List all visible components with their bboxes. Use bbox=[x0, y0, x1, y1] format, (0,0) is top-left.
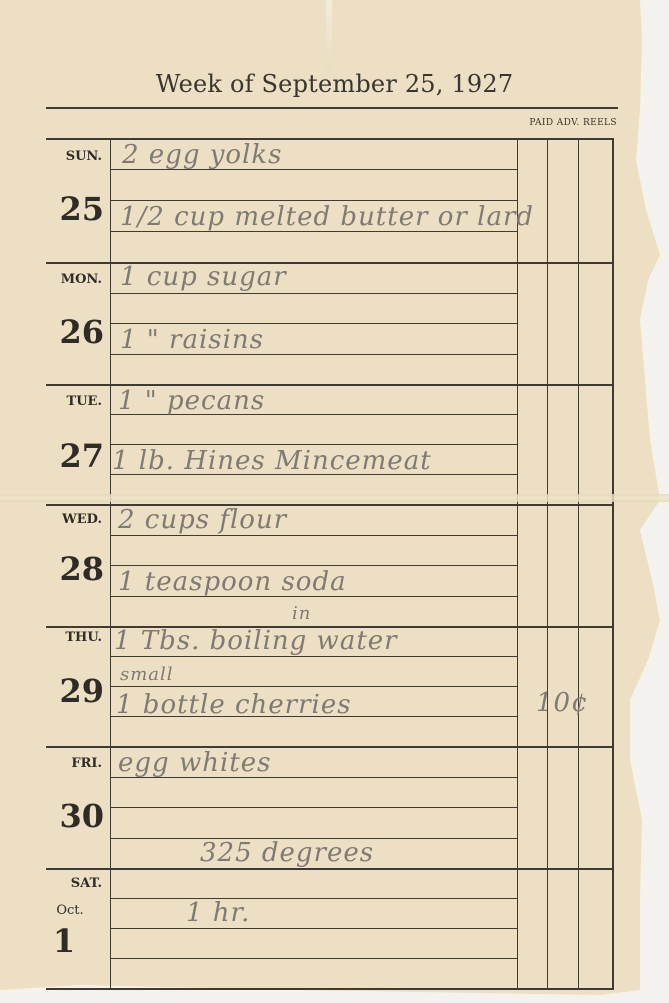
day-number-sun: 25 bbox=[40, 190, 104, 228]
writing-line bbox=[110, 535, 517, 536]
writing-line bbox=[110, 958, 517, 959]
entry-text: egg whites bbox=[118, 748, 271, 778]
day-name-fri: FRI. bbox=[48, 756, 102, 771]
entry-text: small bbox=[120, 664, 174, 685]
entry-text: 2 egg yolks bbox=[122, 140, 283, 170]
entry-text: 1 " raisins bbox=[120, 325, 264, 355]
writing-line bbox=[110, 565, 517, 566]
day-number-thu: 29 bbox=[40, 672, 104, 710]
paid-column-line bbox=[517, 138, 518, 988]
writing-line bbox=[110, 293, 517, 294]
writing-line bbox=[110, 686, 517, 687]
entry-text: 1 lb. Hines Mincemeat bbox=[112, 446, 432, 476]
torn-edge bbox=[326, 0, 332, 70]
entry-text: 325 degrees bbox=[200, 838, 374, 868]
writing-line bbox=[110, 898, 517, 899]
day-number-wed: 28 bbox=[40, 550, 104, 588]
entry-text: 1 cup sugar bbox=[120, 262, 287, 292]
day-name-sat: SAT. bbox=[48, 876, 102, 891]
entry-price: 10¢ bbox=[536, 688, 589, 718]
day-month-sat: Oct. bbox=[48, 903, 92, 918]
writing-line bbox=[110, 928, 517, 929]
day-number-tue: 27 bbox=[40, 437, 104, 475]
day-name-thu: THU. bbox=[48, 630, 102, 645]
label-column-line bbox=[110, 138, 111, 988]
day-name-tue: TUE. bbox=[48, 394, 102, 409]
writing-line bbox=[110, 807, 517, 808]
table-right-border bbox=[612, 138, 614, 990]
entry-text: 2 cups flour bbox=[118, 505, 287, 535]
reels-column-line bbox=[578, 138, 579, 988]
title-rule bbox=[46, 107, 618, 109]
day-name-sun: SUN. bbox=[48, 149, 102, 164]
entry-text: 1 bottle cherries bbox=[116, 690, 352, 720]
fold-crease bbox=[0, 494, 669, 502]
page-title: Week of September 25, 1927 bbox=[0, 70, 669, 98]
writing-line bbox=[110, 656, 517, 657]
day-name-mon: MON. bbox=[48, 272, 102, 287]
writing-line bbox=[110, 444, 517, 445]
entry-text: in bbox=[292, 603, 311, 624]
writing-line bbox=[110, 323, 517, 324]
entry-text: 1 hr. bbox=[186, 898, 250, 928]
entry-text: 1/2 cup melted butter or lard bbox=[120, 202, 534, 232]
day-number-sat: 1 bbox=[36, 922, 92, 960]
day-name-wed: WED. bbox=[48, 512, 102, 527]
day-number-fri: 30 bbox=[40, 797, 104, 835]
column-header: PAID ADV. REELS bbox=[529, 118, 617, 128]
day-divider bbox=[46, 868, 612, 870]
entry-text: 1 " pecans bbox=[118, 386, 265, 416]
entry-text: 1 Tbs. boiling water bbox=[114, 626, 398, 656]
adv-column-line bbox=[547, 138, 548, 988]
entry-text: 1 teaspoon soda bbox=[118, 567, 347, 597]
day-number-mon: 26 bbox=[40, 313, 104, 351]
writing-line bbox=[110, 200, 517, 201]
day-divider bbox=[46, 988, 612, 990]
